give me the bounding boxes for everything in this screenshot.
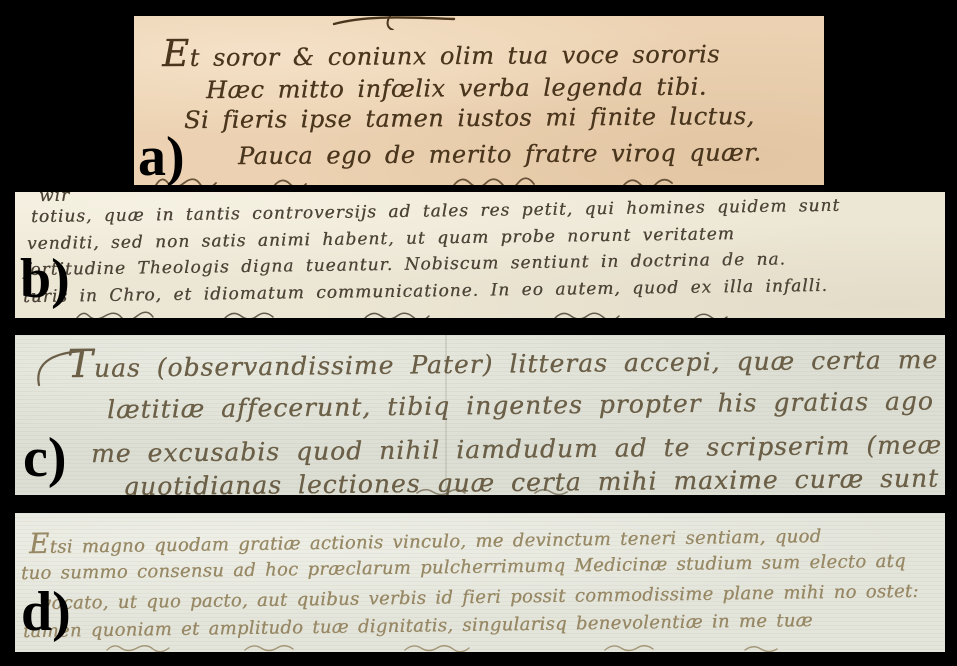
panel-a-label: a) (138, 129, 185, 185)
manuscript-line: Pauca ego de merito fratre viroq quær. (238, 138, 762, 170)
manuscript-line-fragment: wir (39, 192, 70, 206)
manuscript-line: turis in Chro, et idiomatum communicatio… (23, 276, 828, 307)
cut-off-line-fragment (75, 310, 775, 318)
manuscript-line: vocato, ut quo pacto, aut quibus verbis … (41, 581, 919, 614)
manuscript-line: Si fieris ipse tamen iustos mi finite lu… (184, 102, 755, 134)
manuscript-line: fortitudine Theologis digna tueantur. No… (23, 249, 786, 280)
manuscript-line: totius, quæ in tantis controversijs ad t… (31, 196, 840, 227)
manuscript-panel-d: Etsi magno quodam gratiæ actionis vincul… (15, 513, 945, 652)
manuscript-panel-c: Tuas (observandissime Pater) litteras ac… (15, 335, 945, 495)
manuscript-line: Hæc mitto infœlix verba legenda tibi. (206, 73, 707, 104)
manuscript-line: quotidianas lectiones quæ certa mihi max… (123, 463, 939, 495)
cut-off-line-fragment (105, 643, 825, 652)
manuscript-line: venditi, sed non satis animi habent, ut … (27, 224, 735, 254)
manuscript-panel-b: wir totius, quæ in tantis controversijs … (15, 192, 945, 318)
manuscript-line: tamen quoniam et amplitudo tuæ dignitati… (23, 610, 813, 642)
cut-off-line-fragment (154, 175, 714, 185)
manuscript-line: Et soror & coniunx olim tua voce sororis (162, 36, 720, 72)
manuscript-line: lætitiæ affecerunt, tibiq ingentes propt… (107, 385, 945, 424)
panel-b-label: b) (20, 251, 70, 307)
manuscript-line: me excusabis quod nihil iamdudum ad te s… (91, 430, 942, 468)
manuscript-panel-a: Et soror & coniunx olim tua voce sororis… (134, 16, 824, 185)
panel-d-label: d) (21, 584, 71, 640)
manuscript-figure-canvas: Et soror & coniunx olim tua voce sororis… (0, 0, 957, 666)
panel-c-label: c) (23, 430, 67, 486)
manuscript-line: Tuas (observandissime Pater) litteras ac… (67, 341, 945, 383)
cut-off-stroke (330, 16, 460, 30)
